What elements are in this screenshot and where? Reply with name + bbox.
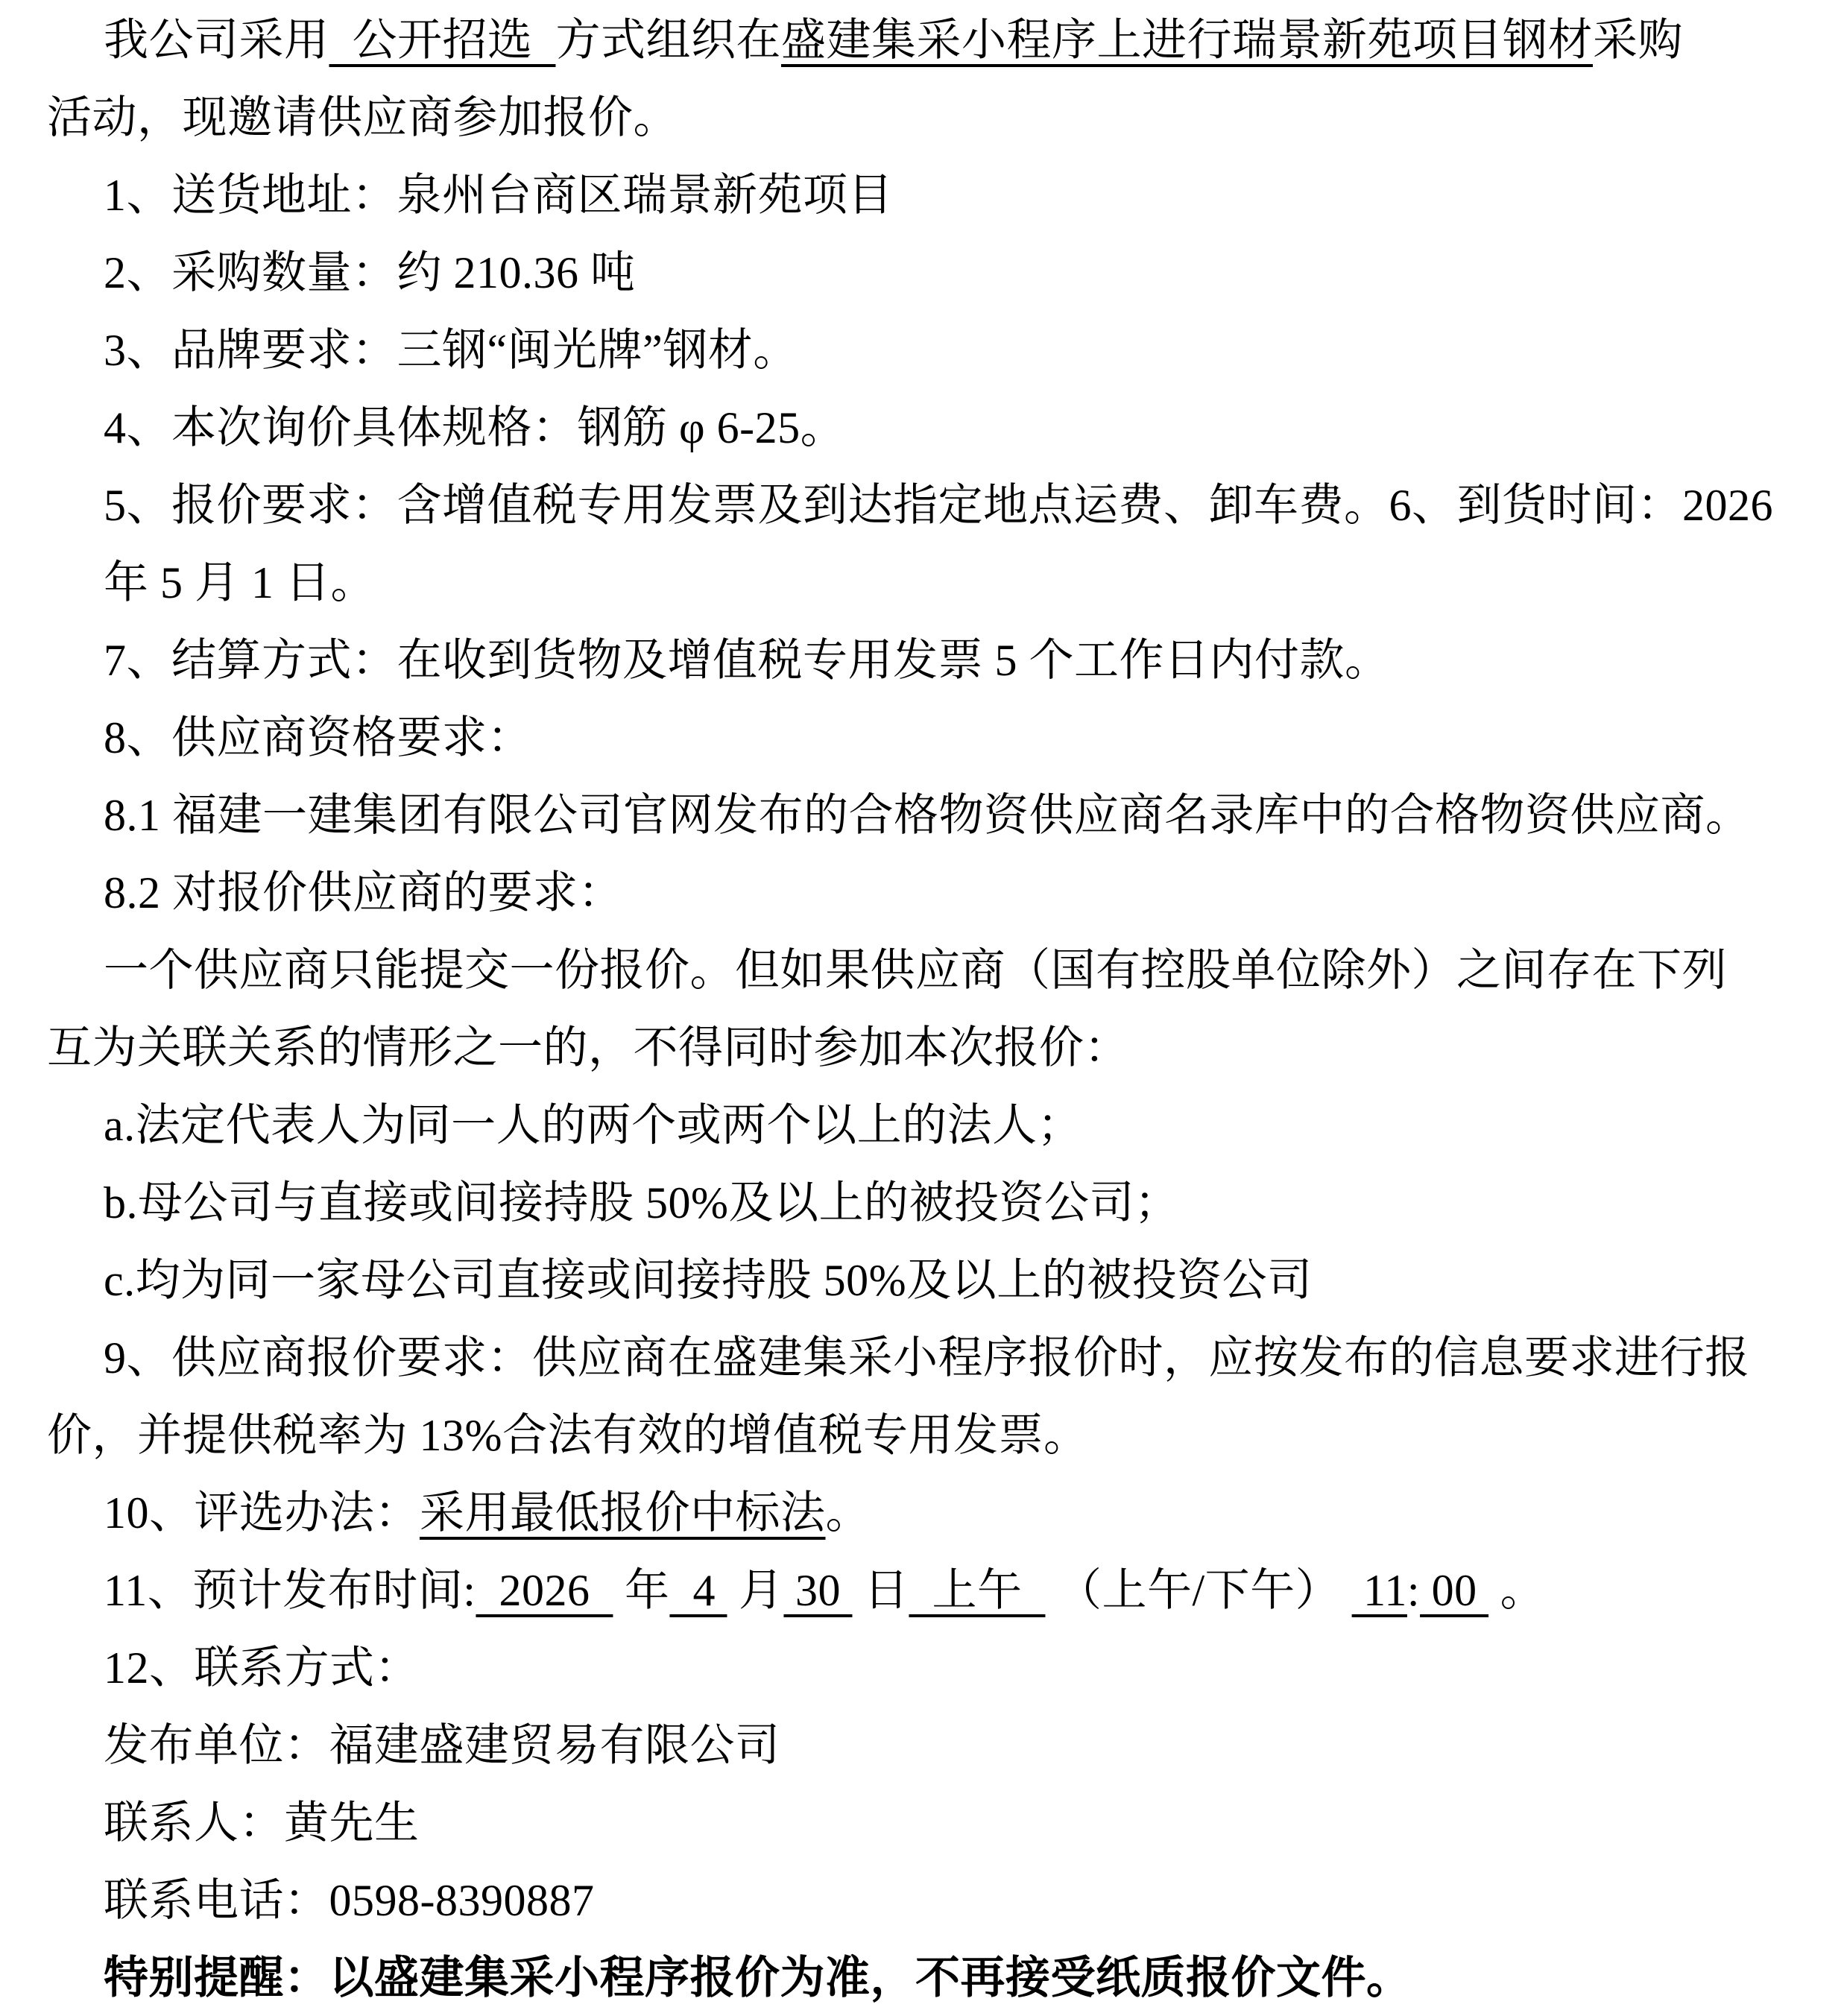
text-segment: 8、供应商资格要求：	[104, 713, 532, 762]
text-segment: a.法定代表人为同一人的两个或两个以上的法人；	[104, 1101, 1082, 1150]
document-page: 我公司采用 公开招选 方式组织在盛建集采小程序上进行瑞景新苑项目钢材采购活动，现…	[0, 0, 1844, 2016]
document-line: 8.2 对报价供应商的要求：	[47, 854, 1801, 932]
text-segment: 。	[1488, 1566, 1545, 1615]
document-line: 7、结算方式：在收到货物及增值税专用发票 5 个工作日内付款。	[47, 622, 1801, 699]
document-line: 11、预计发布时间: 2026 年 4 月 30 日 上午 （上午/下午） 11…	[47, 1552, 1801, 1629]
document-line: 年 5 月 1 日。	[47, 544, 1801, 622]
document-line: 8.1 福建一建集团有限公司官网发布的合格物资供应商名录库中的合格物资供应商。	[47, 777, 1801, 854]
underlined-text: 盛建集采小程序上进行瑞景新苑项目钢材	[781, 16, 1593, 65]
underlined-text: 2026	[476, 1566, 613, 1615]
text-segment: 5、报价要求：含增值税专用发票及到达指定地点运费、卸车费。6、到货时间：2026	[104, 481, 1773, 530]
document-line: 8、供应商资格要求：	[47, 699, 1801, 777]
text-segment: 年 5 月 1 日。	[104, 558, 376, 607]
text-segment: :	[1407, 1566, 1420, 1615]
document-line: 联系电话：0598-8390887	[47, 1862, 1801, 1939]
text-segment: 一个供应商只能提交一份报价。但如果供应商（国有控股单位除外）之间存在下列	[104, 946, 1727, 995]
document-line: 12、联系方式：	[47, 1629, 1801, 1707]
text-segment: 9、供应商报价要求：供应商在盛建集采小程序报价时，应按发布的信息要求进行报	[104, 1333, 1750, 1383]
text-segment: c.均为同一家母公司直接或间接持股 50%及以上的被投资公司	[104, 1256, 1313, 1305]
document-line: 5、报价要求：含增值税专用发票及到达指定地点运费、卸车费。6、到货时间：2026	[47, 467, 1801, 544]
document-line: 价，并提供税率为 13%合法有效的增值税专用发票。	[47, 1397, 1801, 1474]
text-segment: 7、结算方式：在收到货物及增值税专用发票 5 个工作日内付款。	[104, 636, 1390, 685]
text-segment: 互为关联关系的情形之一的，不得同时参加本次报价：	[47, 1023, 1129, 1072]
document-line: 2、采购数量：约 210.36 吨	[47, 234, 1801, 312]
text-segment: 。	[826, 1488, 871, 1538]
document-line: 1、送货地址：泉州台商区瑞景新苑项目	[47, 157, 1801, 234]
text-segment: 10、评选办法：	[104, 1488, 420, 1538]
text-segment: 8.2 对报价供应商的要求：	[104, 868, 623, 917]
document-line: 9、供应商报价要求：供应商在盛建集采小程序报价时，应按发布的信息要求进行报	[47, 1319, 1801, 1397]
text-segment: 方式组织在	[556, 16, 782, 65]
underlined-text: 11	[1352, 1566, 1407, 1615]
document-line: 我公司采用 公开招选 方式组织在盛建集采小程序上进行瑞景新苑项目钢材采购	[47, 1, 1801, 79]
text-segment: 联系电话：0598-8390887	[104, 1876, 594, 1925]
text-segment: 4、本次询价具体规格：钢筋 φ 6-25。	[104, 403, 845, 452]
text-segment: 采购	[1593, 16, 1683, 65]
document-line: 特别提醒：以盛建集采小程序报价为准，不再接受纸质报价文件。	[47, 1939, 1801, 2016]
document-line: a.法定代表人为同一人的两个或两个以上的法人；	[47, 1087, 1801, 1164]
text-segment: 联系人：黄先生	[104, 1798, 420, 1848]
text-segment: 12、联系方式：	[104, 1643, 420, 1693]
underlined-text: 4	[669, 1566, 727, 1615]
text-segment: 日	[852, 1566, 909, 1615]
document-body: 我公司采用 公开招选 方式组织在盛建集采小程序上进行瑞景新苑项目钢材采购活动，现…	[47, 1, 1801, 2016]
text-segment: b.母公司与直接或间接持股 50%及以上的被投资公司；	[104, 1178, 1179, 1227]
document-line: c.均为同一家母公司直接或间接持股 50%及以上的被投资公司	[47, 1242, 1801, 1319]
document-line: 10、评选办法：采用最低报价中标法。	[47, 1474, 1801, 1552]
document-line: 一个供应商只能提交一份报价。但如果供应商（国有控股单位除外）之间存在下列	[47, 932, 1801, 1009]
document-line: b.母公司与直接或间接持股 50%及以上的被投资公司；	[47, 1164, 1801, 1242]
text-segment: 3、品牌要求：三钢“闽光牌”钢材。	[104, 326, 798, 375]
document-line: 发布单位：福建盛建贸易有限公司	[47, 1707, 1801, 1784]
document-line: 活动，现邀请供应商参加报价。	[47, 79, 1801, 157]
underlined-text: 上午	[909, 1566, 1045, 1615]
document-line: 4、本次询价具体规格：钢筋 φ 6-25。	[47, 389, 1801, 467]
text-segment: 年	[613, 1566, 669, 1615]
text-segment: 月	[727, 1566, 783, 1615]
underlined-text: 00	[1420, 1566, 1488, 1615]
text-segment: 发布单位：福建盛建贸易有限公司	[104, 1721, 780, 1770]
text-segment: （上午/下午）	[1045, 1566, 1351, 1615]
document-line: 3、品牌要求：三钢“闽光牌”钢材。	[47, 312, 1801, 389]
text-segment: 8.1 福建一建集团有限公司官网发布的合格物资供应商名录库中的合格物资供应商。	[104, 791, 1751, 840]
underlined-text: 30	[783, 1566, 852, 1615]
document-line: 联系人：黄先生	[47, 1784, 1801, 1862]
text-segment: 11、预计发布时间:	[104, 1566, 476, 1615]
document-line: 互为关联关系的情形之一的，不得同时参加本次报价：	[47, 1009, 1801, 1087]
underlined-text: 公开招选	[329, 16, 556, 65]
text-segment: 2、采购数量：约 210.36 吨	[104, 248, 636, 297]
bold-text: 特别提醒：以盛建集采小程序报价为准，不再接受纸质报价文件。	[104, 1953, 1412, 2003]
text-segment: 价，并提供税率为 13%合法有效的增值税专用发票。	[47, 1411, 1088, 1460]
text-segment: 我公司采用	[104, 16, 329, 65]
underlined-text: 采用最低报价中标法	[420, 1488, 826, 1538]
text-segment: 活动，现邀请供应商参加报价。	[47, 93, 678, 142]
text-segment: 1、送货地址：泉州台商区瑞景新苑项目	[104, 171, 893, 220]
